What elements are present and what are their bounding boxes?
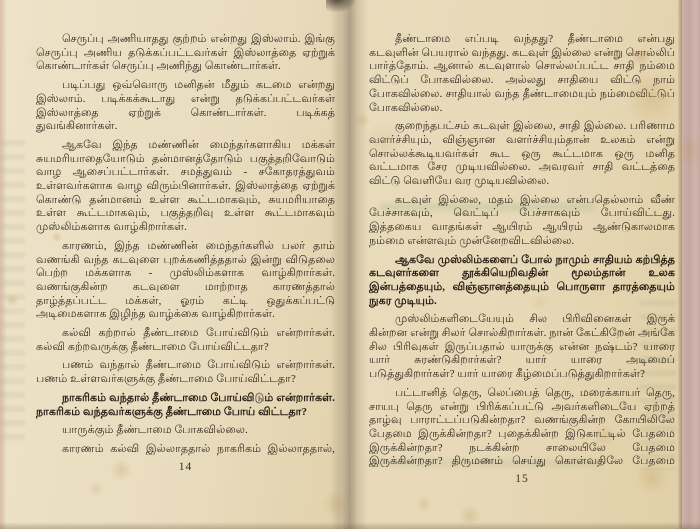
paragraph: முஸ்லிம்களிடையேயும் சில பிரிவினைகள் இருக… — [369, 313, 675, 382]
paragraph: கல்வி கற்றால் தீண்டாமை போய்விடும் என்றார… — [36, 327, 335, 354]
page-right-text-block: தீண்டாமை எப்படி வந்தது? தீண்டாமை என்பது … — [369, 33, 675, 467]
paragraph-emphasis: நாகரிகம் வந்தால் தீண்டாமை போய்விடும் என்… — [36, 392, 335, 419]
paragraph: பட்டானித் தெரு, லெப்பைத் தெரு, மரைக்காயர… — [369, 387, 675, 467]
gutter-top-shadow — [326, 0, 356, 12]
book-edge-strip — [682, 0, 700, 529]
paragraph-emphasis: ஆகவே முஸ்லிம்களைப் போல் நாமும் சாதியம் க… — [369, 254, 675, 309]
page-left-text-block: செருப்பு அணியாதது குற்றம் என்றது இஸ்லாம்… — [36, 33, 335, 457]
paragraph: செருப்பு அணியாதது குற்றம் என்றது இஸ்லாம்… — [36, 33, 335, 74]
book-scan: செருப்பு அணியாதது குற்றம் என்றது இஸ்லாம்… — [0, 0, 700, 529]
page-edge-bottom — [0, 522, 700, 529]
page-number-right: 15 — [369, 473, 675, 485]
paragraph: யாருக்கும் தீண்டாமை போகவில்லை. — [36, 424, 335, 438]
paragraph: பணம் வந்தால் தீண்டாமை போய்விடும் என்றார்… — [36, 359, 335, 386]
paragraph: ஆகவே இந்த மண்ணின் மைந்தர்களாகிய மக்கள் ச… — [36, 139, 335, 235]
paragraph: தீண்டாமை எப்படி வந்தது? தீண்டாமை என்பது … — [369, 33, 675, 115]
paragraph: படிப்பது ஒவ்வொரு மனிதன் மீதும் கடமை என்ற… — [36, 79, 335, 134]
page-number-left: 14 — [36, 461, 335, 473]
paragraph: கடவுள் இல்லை, மதம் இல்லை என்பதெல்லாம் வீ… — [369, 194, 675, 249]
paragraph: குறைந்தபட்சம் கடவுள் இல்லை, சாதி இல்லை. … — [369, 120, 675, 189]
page-edge-left — [0, 0, 7, 529]
paragraph: காரணம் கல்வி இல்லாததால் நாகரிகம் இல்லாதத… — [36, 443, 335, 457]
book-gutter-shadow — [330, 0, 368, 529]
paragraph: காரணம், இந்த மண்ணின் மைந்தர்களில் பலர் த… — [36, 240, 335, 322]
